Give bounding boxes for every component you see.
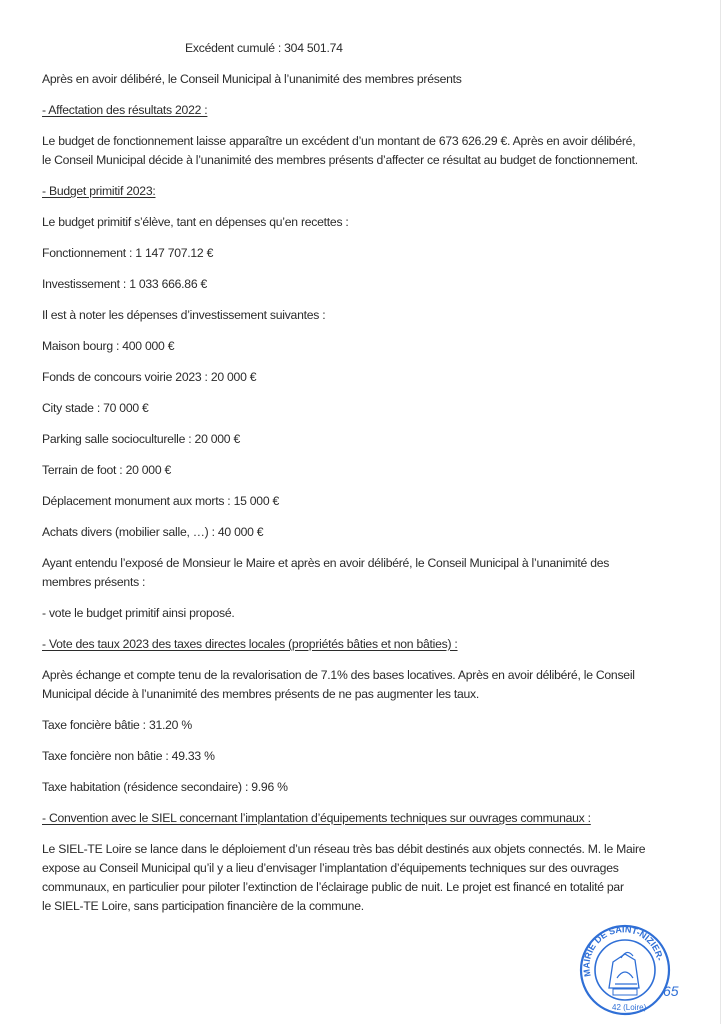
- scan-edge: [720, 0, 721, 1024]
- taxe-item: Taxe foncière bâtie : 31.20 %: [42, 716, 192, 735]
- affectation-text-2: le Conseil Municipal décide à l’unanimit…: [42, 151, 638, 170]
- convention-text-1: Le SIEL-TE Loire se lance dans le déploi…: [42, 840, 645, 859]
- excedent-cumule: Excédent cumulé : 304 501.74: [185, 39, 343, 58]
- stamp-bottom-text: 42 (Loire): [612, 1003, 647, 1012]
- depense-item: Maison bourg : 400 000 €: [42, 337, 174, 356]
- budget-deliberation-1: Ayant entendu l’exposé de Monsieur le Ma…: [42, 554, 609, 573]
- depense-item: Achats divers (mobilier salle, …) : 40 0…: [42, 523, 263, 542]
- depense-item: Terrain de foot : 20 000 €: [42, 461, 171, 480]
- deliberation-intro: Après en avoir délibéré, le Conseil Muni…: [42, 70, 462, 89]
- taxe-item: Taxe habitation (résidence secondaire) :…: [42, 778, 288, 797]
- heading-taux: - Vote des taux 2023 des taxes directes …: [42, 635, 458, 654]
- convention-text-2: expose au Conseil Municipal qu’il y a li…: [42, 859, 619, 878]
- budget-vote: - vote le budget primitif ainsi proposé.: [42, 604, 235, 623]
- taux-text-1: Après échange et compte tenu de la reval…: [42, 666, 635, 685]
- heading-convention: - Convention avec le SIEL concernant l’i…: [42, 809, 591, 828]
- depense-item: Fonds de concours voirie 2023 : 20 000 €: [42, 368, 256, 387]
- heading-budget-primitif: - Budget primitif 2023:: [42, 182, 155, 201]
- budget-investissement: Investissement : 1 033 666.86 €: [42, 275, 207, 294]
- page-number: 65: [663, 983, 679, 999]
- taxe-item: Taxe foncière non bâtie : 49.33 %: [42, 747, 215, 766]
- taux-text-2: Municipal décide à l’unanimité des membr…: [42, 685, 479, 704]
- heading-affectation: - Affectation des résultats 2022 :: [42, 101, 207, 120]
- convention-text-3: communaux, en particulier pour piloter l…: [42, 878, 624, 897]
- affectation-text-1: Le budget de fonctionnement laisse appar…: [42, 132, 635, 151]
- depense-item: City stade : 70 000 €: [42, 399, 149, 418]
- budget-fonctionnement: Fonctionnement : 1 147 707.12 €: [42, 244, 213, 263]
- convention-text-4: le SIEL-TE Loire, sans participation fin…: [42, 897, 364, 916]
- depenses-intro: Il est à noter les dépenses d’investisse…: [42, 306, 325, 325]
- official-seal-icon: MAIRIE DE SAINT-NIZIER-DE-FO 42 (Loire) …: [573, 918, 681, 1018]
- depense-item: Parking salle socioculturelle : 20 000 €: [42, 430, 240, 449]
- mairie-stamp: MAIRIE DE SAINT-NIZIER-DE-FO 42 (Loire) …: [573, 918, 681, 1018]
- budget-deliberation-2: membres présents :: [42, 573, 145, 592]
- depense-item: Déplacement monument aux morts : 15 000 …: [42, 492, 279, 511]
- budget-intro: Le budget primitif s’élève, tant en dépe…: [42, 213, 349, 232]
